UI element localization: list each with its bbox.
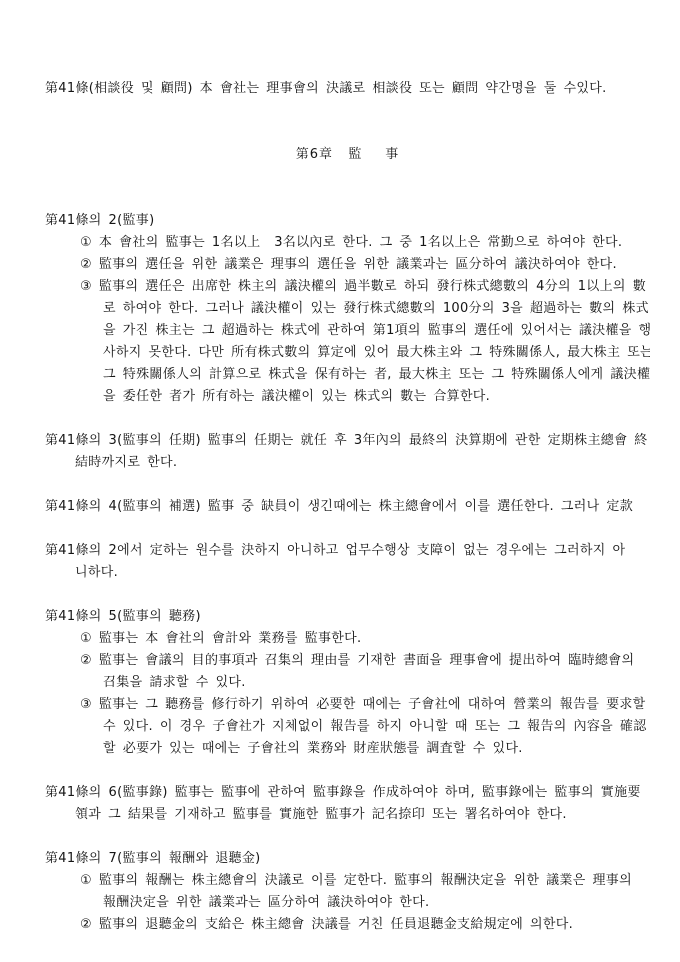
blank-line xyxy=(45,474,650,496)
article-continuation-line: 니하다. xyxy=(75,562,650,584)
numbered-item-line: ② 監事의 退聽金의 支給은 株主總會 決議를 거친 任員退聽金支給規定에 의한… xyxy=(80,914,650,936)
article-continuation-line: 結時까지로 한다. xyxy=(75,452,650,474)
blank-line xyxy=(45,518,650,540)
article-line: 第41條의 4(監事의 補選) 監事 중 缺員이 생긴때에는 株主總會에서 이를… xyxy=(45,496,650,518)
numbered-item-line: ② 監事의 選任을 위한 議業은 理事의 選任을 위한 議業과는 區分하여 議決… xyxy=(80,254,650,276)
item-continuation-line: 사하지 못한다. 다만 所有株式數의 算定에 있어 最大株主와 그 特殊關係人,… xyxy=(103,342,650,364)
document-page: 第41條(相談役 및 顧問) 本 會社는 理事會의 決議로 相談役 또는 顧問 … xyxy=(0,0,680,962)
item-continuation-line: 을 委任한 者가 所有하는 議決權이 있는 株式의 數는 合算한다. xyxy=(103,386,650,408)
item-continuation-line: 報酬決定을 위한 議業과는 區分하여 議決하여야 한다. xyxy=(103,892,650,914)
item-continuation-line: 을 가진 株主는 그 超過하는 株式에 관하여 第1項의 監事의 選任에 있어서… xyxy=(103,320,650,342)
blank-line xyxy=(45,584,650,606)
article-line: 第41條의 6(監事錄) 監事는 監事에 관하여 監事錄을 作成하여야 하며, … xyxy=(45,782,650,804)
chapter-heading: 第6章 監 事 xyxy=(45,144,650,166)
blank-line xyxy=(45,188,650,210)
blank-line xyxy=(45,760,650,782)
article-line: 第41條(相談役 및 顧問) 本 會社는 理事會의 決議로 相談役 또는 顧問 … xyxy=(45,78,650,100)
article-continuation-line: 領과 그 結果를 기재하고 監事를 實施한 監事가 記名捺印 또는 署名하여야 … xyxy=(75,804,650,826)
blank-line xyxy=(45,408,650,430)
blank-line xyxy=(45,100,650,122)
numbered-item-line: ③ 監事는 그 聽務를 修行하기 위하여 必要한 때에는 子會社에 대하여 營業… xyxy=(80,694,650,716)
numbered-item-line: ① 監事의 報酬는 株主總會의 決議로 이를 定한다. 監事의 報酬決定을 위한… xyxy=(80,870,650,892)
numbered-item-line: ① 本 會社의 監事는 1名以上 3名以內로 한다. 그 중 1名以上은 常勤으… xyxy=(80,232,650,254)
item-continuation-line: 그 特殊關係人의 計算으로 株式을 保有하는 者, 最大株主 또는 그 特殊關係… xyxy=(103,364,650,386)
article-line: 第41條의 2에서 定하는 원수를 決하지 아니하고 업무수행상 支障이 없는 … xyxy=(45,540,650,562)
article-line: 第41條의 3(監事의 任期) 監事의 任期는 就任 후 3年內의 最終의 決算… xyxy=(45,430,650,452)
article-line: 第41條의 2(監事) xyxy=(45,210,650,232)
numbered-item-line: ③ 監事의 選任은 出席한 株主의 議決權의 過半數로 하되 發行株式總數의 4… xyxy=(80,276,650,298)
item-continuation-line: 수 있다. 이 경우 子會社가 지체없이 報告를 하지 아니할 때 또는 그 報… xyxy=(103,716,650,738)
article-line: 第41條의 5(監事의 聽務) xyxy=(45,606,650,628)
article-line: 第41條의 7(監事의 報酬와 退聽金) xyxy=(45,848,650,870)
blank-line xyxy=(45,826,650,848)
numbered-item-line: ① 監事는 本 會社의 會計와 業務를 監事한다. xyxy=(80,628,650,650)
item-continuation-line: 할 必要가 있는 때에는 子會社의 業務와 財産狀態를 調査할 수 있다. xyxy=(103,738,650,760)
blank-line xyxy=(45,166,650,188)
numbered-item-line: ② 監事는 會議의 目的事項과 召集의 理由를 기재한 書面을 理事會에 提出하… xyxy=(80,650,650,672)
blank-line xyxy=(45,122,650,144)
item-continuation-line: 召集을 請求할 수 있다. xyxy=(103,672,650,694)
item-continuation-line: 로 하여야 한다. 그러나 議決權이 있는 發行株式總數의 100分의 3을 超… xyxy=(103,298,650,320)
